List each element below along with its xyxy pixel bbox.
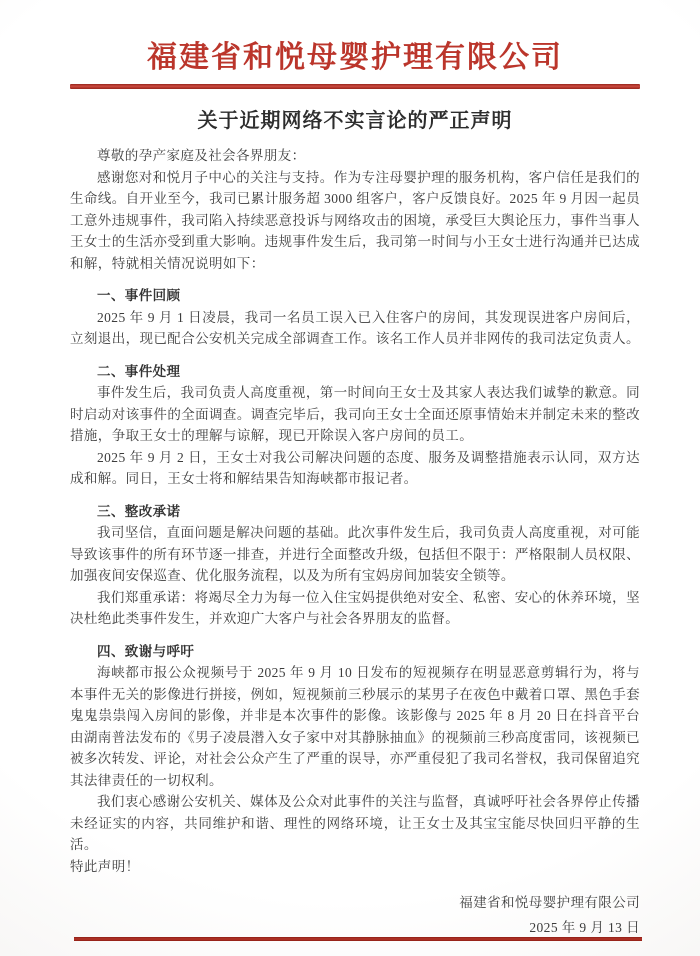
letterhead-divider-rule xyxy=(70,84,640,89)
section-event-review: 一、事件回顾 2025 年 9 月 1 日凌晨，我司一名员工误入已入住客户的房间… xyxy=(70,285,640,350)
company-letterhead: 福建省和悦母婴护理有限公司 xyxy=(70,24,640,76)
section-heading: 一、事件回顾 xyxy=(70,285,640,307)
document-body: 尊敬的孕产家庭及社会各界朋友： 感谢您对和悦月子中心的关注与支持。作为专注母婴护… xyxy=(70,145,640,940)
document-header: 福建省和悦母婴护理有限公司 关于近期网络不实言论的严正声明 xyxy=(70,24,640,133)
section-event-handling: 二、事件处理 事件发生后，我司负责人高度重视，第一时间向王女士及其家人表达我们诚… xyxy=(70,361,640,490)
document-title: 关于近期网络不实言论的严正声明 xyxy=(70,104,640,133)
footer-divider-rule xyxy=(74,937,642,941)
section-paragraph: 事件发生后，我司负责人高度重视，第一时间向王女士及其家人表达我们诚挚的歉意。同时… xyxy=(70,382,640,447)
section-heading: 二、事件处理 xyxy=(70,361,640,383)
signature-company-name: 福建省和悦母婴护理有限公司 xyxy=(70,890,640,915)
closing-declaration: 特此声明！ xyxy=(70,856,640,878)
signature-block: 福建省和悦母婴护理有限公司 2025 年 9 月 13 日 xyxy=(70,890,640,940)
salutation: 尊敬的孕产家庭及社会各界朋友： xyxy=(70,145,640,167)
section-paragraph: 我们郑重承诺：将竭尽全力为每一位入住宝妈提供绝对安全、私密、安心的休养环境，坚决… xyxy=(70,587,640,630)
section-heading: 三、整改承诺 xyxy=(70,501,640,523)
section-paragraph: 海峡都市报公众视频号于 2025 年 9 月 10 日发布的短视频存在明显恶意剪… xyxy=(70,662,640,791)
section-paragraph: 2025 年 9 月 2 日，王女士对我公司解决问题的态度、服务及调整措施表示认… xyxy=(70,447,640,490)
section-heading: 四、致谢与呼吁 xyxy=(70,641,640,663)
closing-paragraph: 我们衷心感谢公安机关、媒体及公众对此事件的关注与监督，真诚呼吁社会各界停止传播未… xyxy=(70,791,640,856)
section-paragraph: 我司坚信，直面问题是解决问题的基础。此次事件发生后，我司负责人高度重视，对可能导… xyxy=(70,522,640,587)
section-thanks-and-appeal: 四、致谢与呼吁 海峡都市报公众视频号于 2025 年 9 月 10 日发布的短视… xyxy=(70,641,640,792)
intro-paragraph: 感谢您对和悦月子中心的关注与支持。作为专注母婴护理的服务机构，客户信任是我们的生… xyxy=(70,167,640,275)
statement-document-page: 福建省和悦母婴护理有限公司 关于近期网络不实言论的严正声明 尊敬的孕产家庭及社会… xyxy=(0,0,700,956)
section-rectification-commitment: 三、整改承诺 我司坚信，直面问题是解决问题的基础。此次事件发生后，我司负责人高度… xyxy=(70,501,640,630)
section-paragraph: 2025 年 9 月 1 日凌晨，我司一名员工误入已入住客户的房间，其发现误进客… xyxy=(70,307,640,350)
